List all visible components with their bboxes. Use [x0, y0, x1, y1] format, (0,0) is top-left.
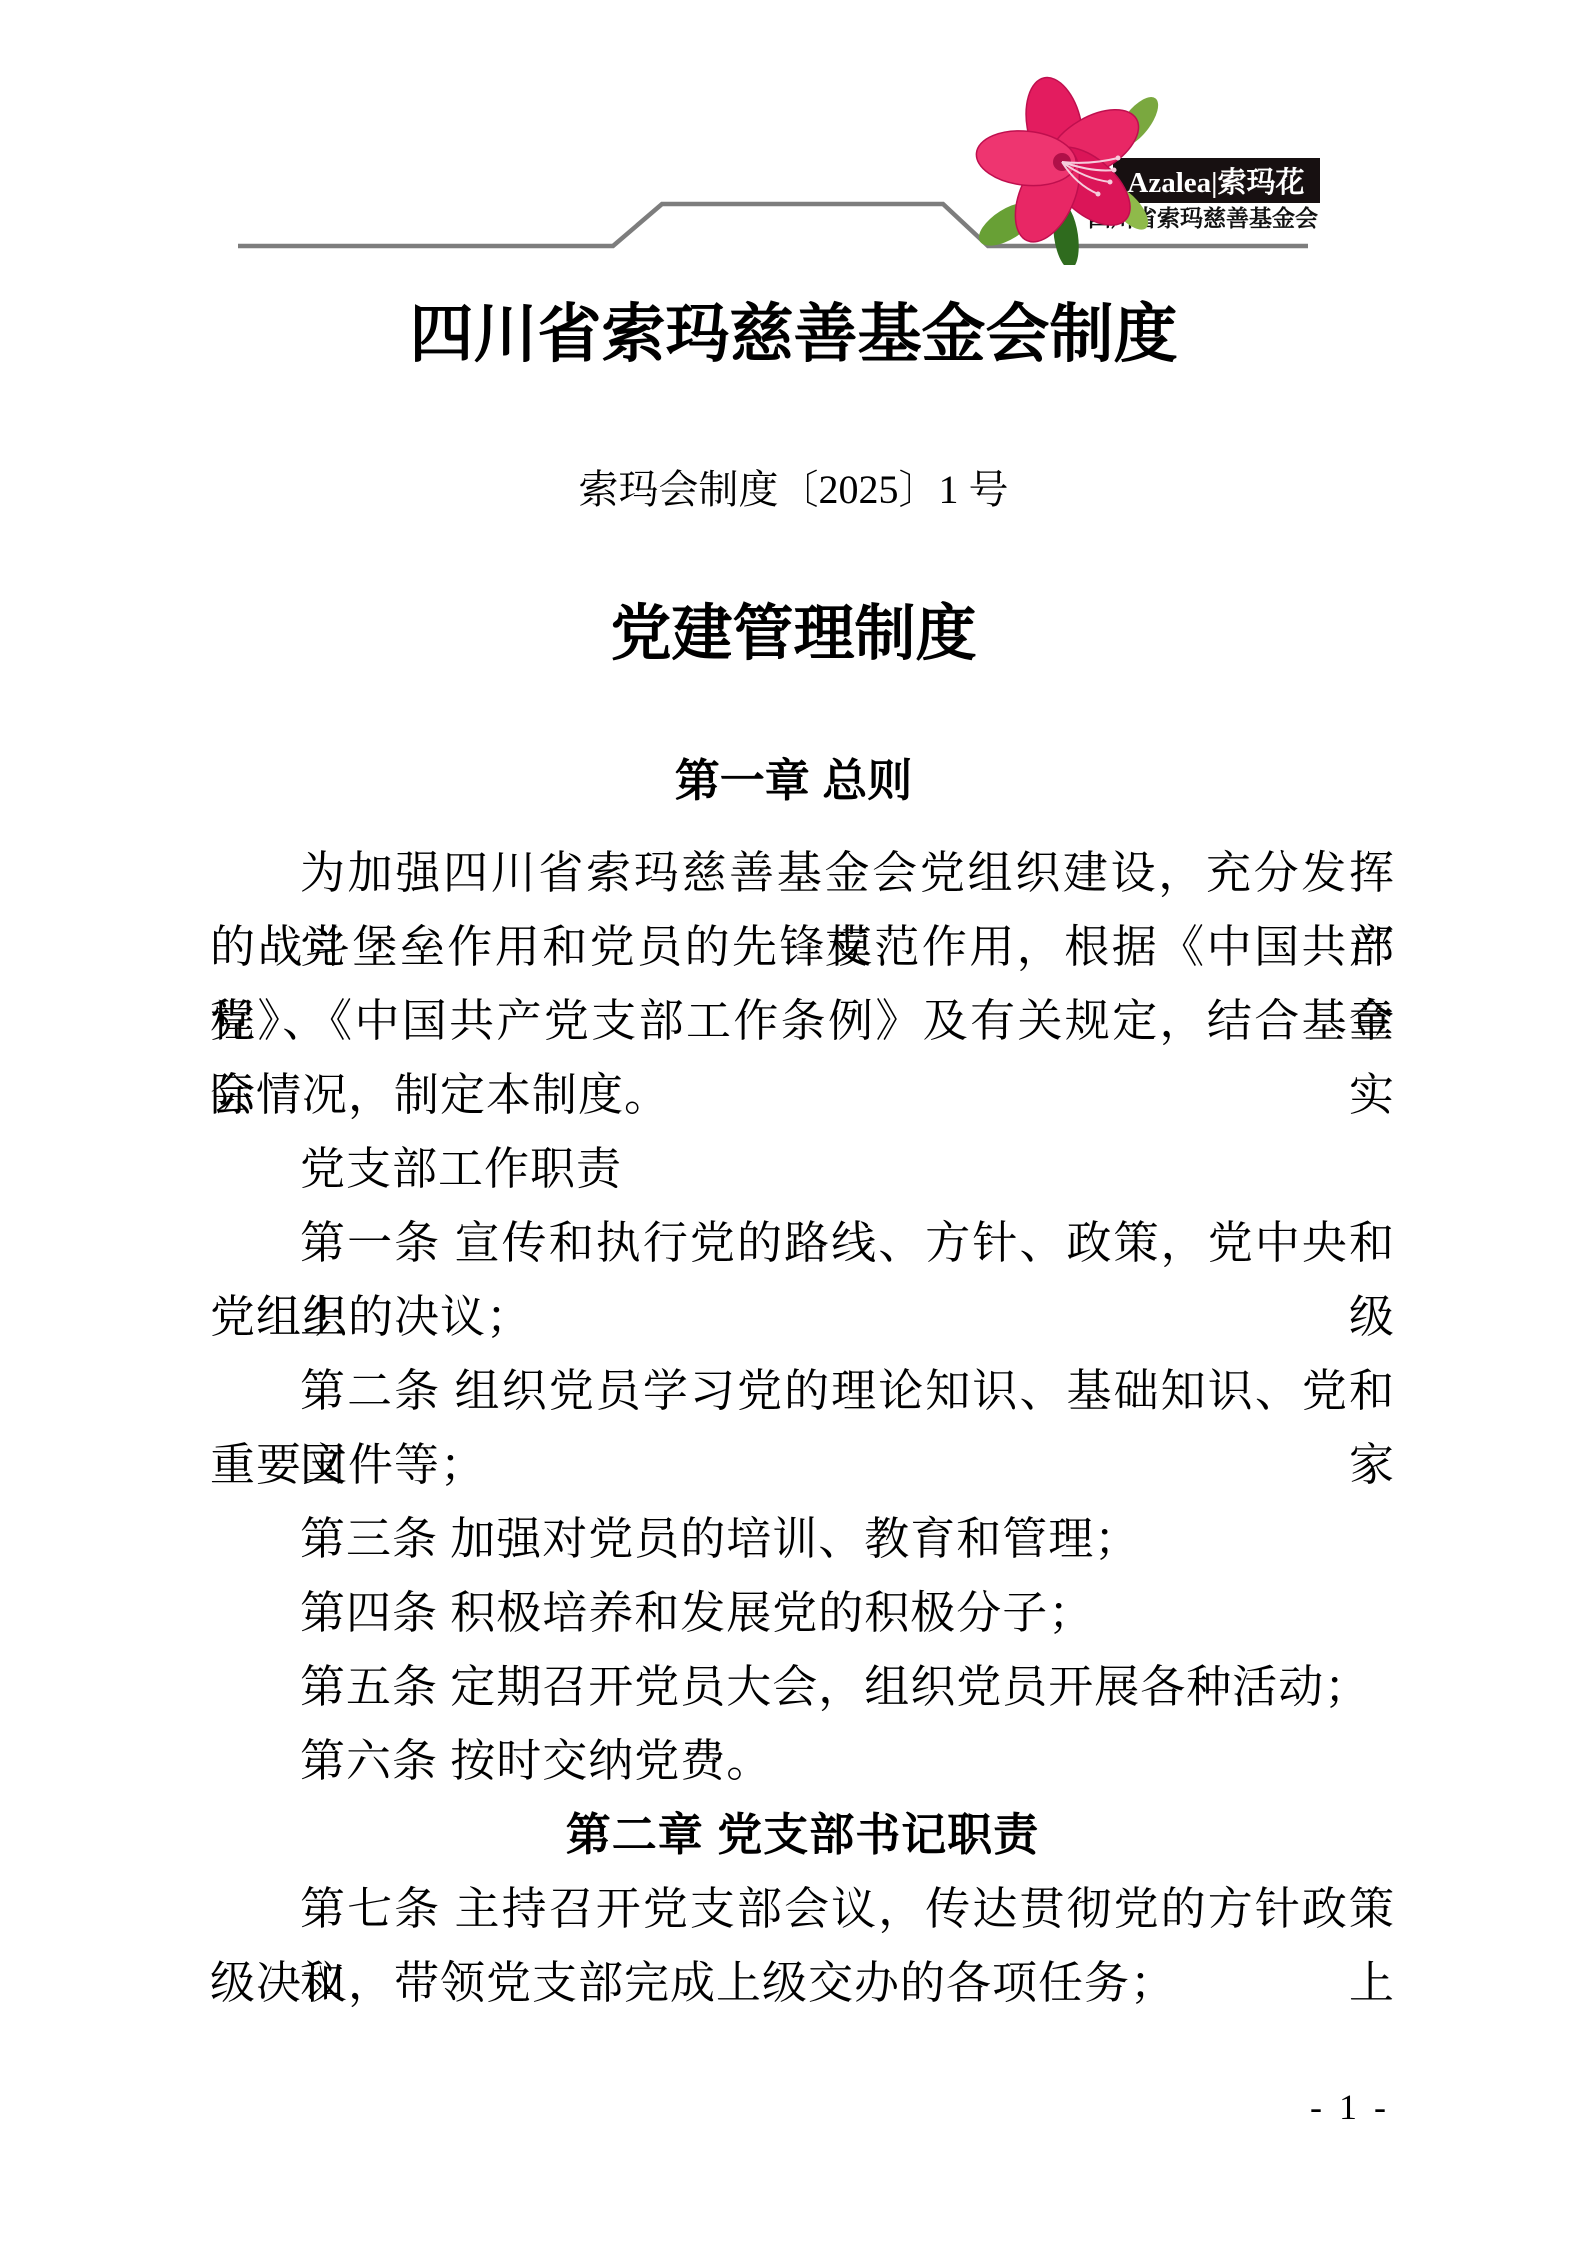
header-decoration: Azalea|索玛花 四川省索玛慈善基金会	[0, 0, 1587, 265]
body-line: 程》、《中国共产党支部工作条例》及有关规定，结合基金会实	[210, 984, 1395, 1058]
document-page: Azalea|索玛花 四川省索玛慈善基金会	[0, 0, 1587, 2245]
chapter-heading: 第二章 党支部书记职责	[210, 1798, 1395, 1872]
body-text: 为加强四川省索玛慈善基金会党组织建设，充分发挥党支部的战斗堡垒作用和党员的先锋模…	[210, 836, 1395, 2020]
body-line: 第四条 积极培养和发展党的积极分子；	[210, 1576, 1395, 1650]
body-line: 第七条 主持召开党支部会议，传达贯彻党的方针政策和上	[210, 1872, 1395, 1946]
body-line: 的战斗堡垒作用和党员的先锋模范作用，根据《中国共产党章	[210, 910, 1395, 984]
body-line: 党支部工作职责	[210, 1132, 1395, 1206]
body-line: 第六条 按时交纳党费。	[210, 1724, 1395, 1798]
document-number: 索玛会制度〔2025〕1 号	[0, 458, 1587, 515]
body-line: 第三条 加强对党员的培训、教育和管理；	[210, 1502, 1395, 1576]
chapter-heading: 第一章 总则	[0, 744, 1587, 809]
logo-banner-text: Azalea|索玛花	[1127, 166, 1304, 199]
body-line: 为加强四川省索玛慈善基金会党组织建设，充分发挥党支部	[210, 836, 1395, 910]
document-subtitle: 党建管理制度	[0, 585, 1587, 672]
body-line: 第二条 组织党员学习党的理论知识、基础知识、党和国家	[210, 1354, 1395, 1428]
page-number: - 1 -	[1310, 2086, 1390, 2128]
body-line: 第一条 宣传和执行党的路线、方针、政策，党中央和上级	[210, 1206, 1395, 1280]
document-title: 四川省索玛慈善基金会制度	[0, 283, 1587, 375]
body-line: 第五条 定期召开党员大会，组织党员开展各种活动；	[210, 1650, 1395, 1724]
